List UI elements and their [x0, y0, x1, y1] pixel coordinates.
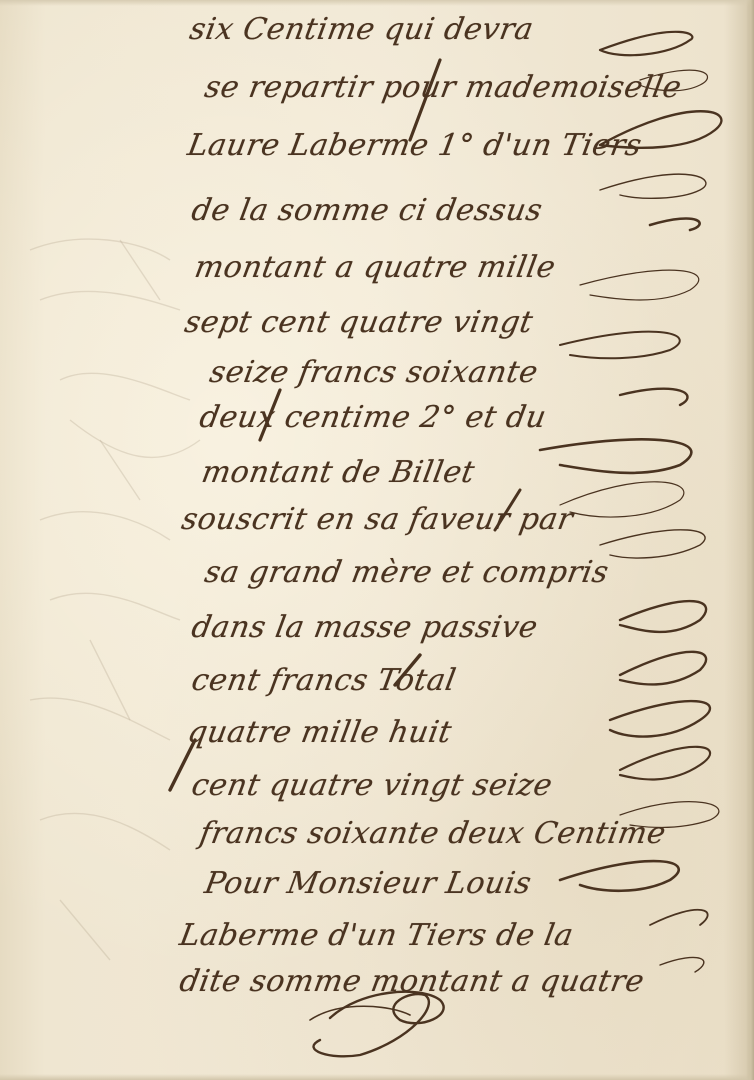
manuscript-line: deux centime 2° et du [197, 400, 549, 435]
manuscript-line: Laberme d'un Tiers de la [177, 918, 576, 953]
manuscript-line: dans la masse passive [189, 610, 541, 645]
manuscript-line: montant a quatre mille [192, 250, 558, 285]
manuscript-line: Laure Laberme 1° d'un Tiers [185, 128, 645, 163]
manuscript-line: cent quatre vingt seize [189, 768, 555, 803]
manuscript-line: souscrit en sa faveur par [179, 502, 576, 537]
manuscript-line: sa grand mère et compris [202, 555, 612, 590]
manuscript-line: quatre mille huit [185, 715, 455, 750]
manuscript-line: Pour Monsieur Louis [202, 866, 534, 901]
manuscript-line: francs soixante deux Centime [197, 816, 669, 851]
manuscript-line: six Centime qui devra [187, 12, 536, 47]
manuscript-line: se repartir pour mademoiselle [202, 70, 684, 105]
manuscript-text: six Centime qui devra se repartir pour m… [0, 0, 754, 1080]
manuscript-line: de la somme ci dessus [189, 193, 545, 228]
manuscript-line: seize francs soixante [207, 355, 541, 390]
manuscript-page: six Centime qui devra se repartir pour m… [0, 0, 754, 1080]
manuscript-line: montant de Billet [199, 455, 477, 490]
manuscript-line: dite somme montant a quatre [177, 964, 647, 999]
manuscript-line: cent francs Total [189, 663, 459, 698]
manuscript-line: sept cent quatre vingt [182, 305, 536, 340]
